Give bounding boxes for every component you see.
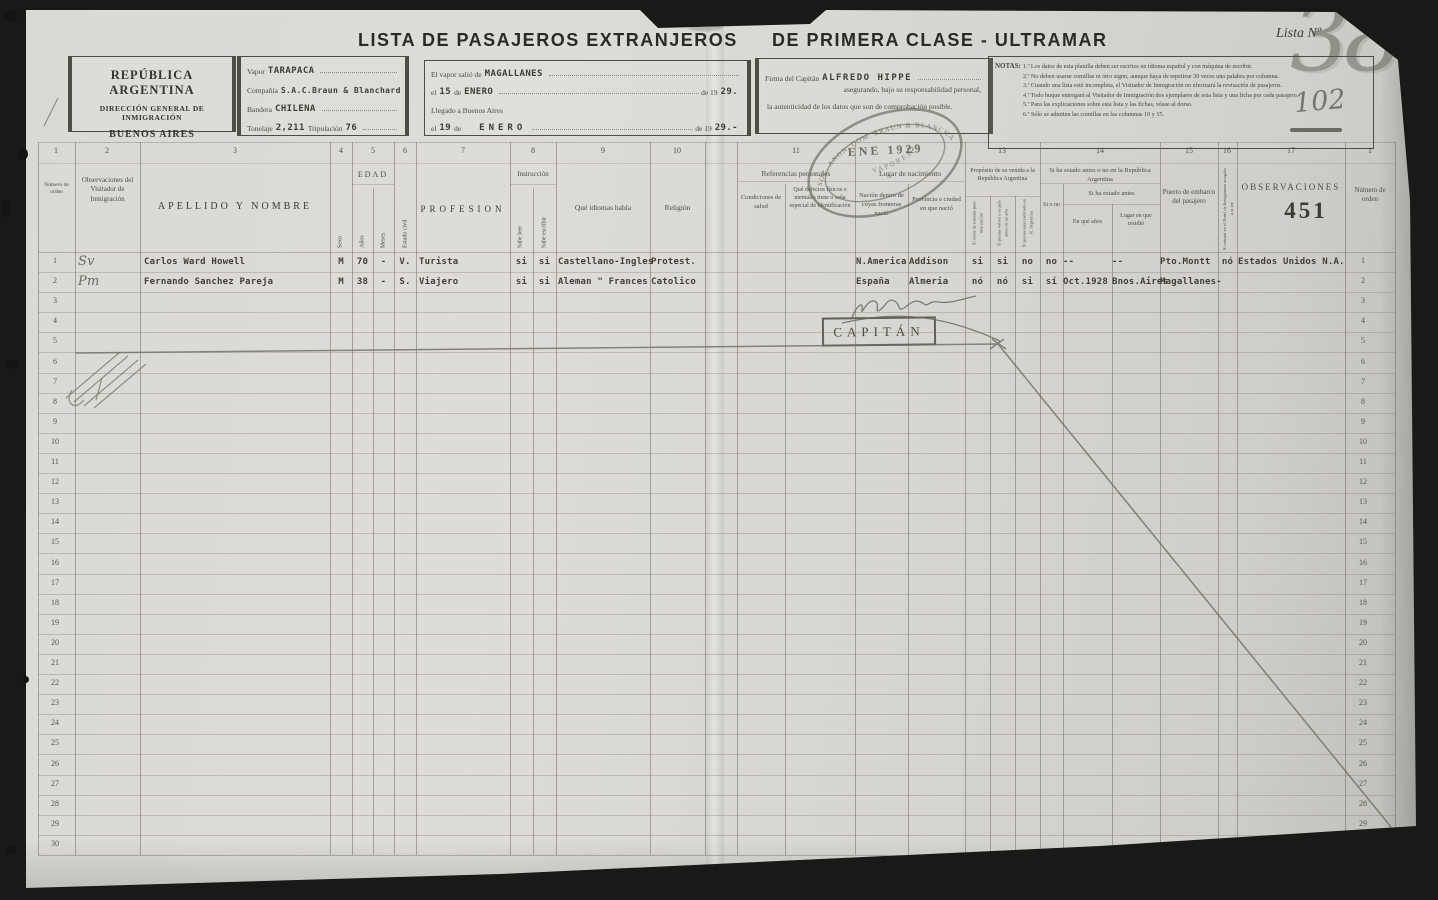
cell-observaciones: Estados Unidos N.A. xyxy=(1238,252,1348,272)
table-row: 1616 xyxy=(38,554,1395,575)
col-header-numero-orden-left: Número de orden xyxy=(40,182,73,197)
cell-puerto: Magallanes- xyxy=(1160,272,1218,292)
table-row: 2121 xyxy=(38,654,1395,675)
table-row: 88 xyxy=(38,393,1395,414)
column-number: 11 xyxy=(781,146,811,155)
row-number-right: 29 xyxy=(1350,819,1376,828)
cell-estuvo_lugar: -- xyxy=(1112,252,1160,272)
cell-estuvo_antes: no xyxy=(1040,252,1063,272)
row-number-left: 28 xyxy=(42,799,68,808)
serial-number-stamp: 451 xyxy=(1256,198,1356,224)
row-number-right: 22 xyxy=(1350,678,1376,687)
row-number-left: 24 xyxy=(42,718,68,727)
scan-speck xyxy=(6,360,18,369)
captain-oath-line2: asegurando, bajo su responsabilidad pers… xyxy=(759,85,989,94)
dotted-rule xyxy=(322,110,397,111)
table-row: 22PmFernando Sanchez ParejaM38-S.Viajero… xyxy=(38,272,1395,293)
row-number-right: 12 xyxy=(1350,477,1376,486)
table-row: 1818 xyxy=(38,594,1395,615)
table-row: 2727 xyxy=(38,775,1395,796)
col-header-hotel-inmigrantes: Si entrará en el Hotel de Inmigrantes ac… xyxy=(1220,168,1236,250)
col-header-radicarse: Si piensa estar radicado en R. Argentina xyxy=(1016,198,1039,248)
cell-idiomas: Aleman " Frances xyxy=(558,272,649,292)
cell-lee: si xyxy=(510,252,533,272)
cell-anios: 38 xyxy=(352,272,373,292)
col-header-defectos: Qué defectos físicos o mentales tiene o … xyxy=(787,186,853,210)
row-number-right: 6 xyxy=(1350,357,1376,366)
voyage-box: El vapor salió de MAGALLANES el 15 de EN… xyxy=(424,60,751,136)
row-number-right: 14 xyxy=(1350,517,1376,526)
grid-hline xyxy=(510,184,556,185)
row-number-right: 5 xyxy=(1350,336,1376,345)
row-number-left: 21 xyxy=(42,658,68,667)
cell-escribe: si xyxy=(533,252,556,272)
col-header-religion: Religión xyxy=(650,203,705,213)
row-number-right: 1 xyxy=(1350,256,1376,265)
row-number-left: 19 xyxy=(42,618,68,627)
scan-speck xyxy=(18,148,28,160)
cell-hotel: nó xyxy=(1218,252,1237,272)
column-number: 15 xyxy=(1174,146,1204,155)
row-number-left: 10 xyxy=(42,437,68,446)
cell-escribe: si xyxy=(533,272,556,292)
bandera-value: CHILENA xyxy=(275,104,316,114)
row-number-right: 19 xyxy=(1350,618,1376,627)
dotted-rule xyxy=(363,129,397,130)
col-header-idiomas: Qué idiomas habla xyxy=(556,203,650,213)
cell-radicarse: no xyxy=(1015,252,1040,272)
grid-hline xyxy=(855,181,965,182)
authority-city: BUENOS AIRES xyxy=(72,129,232,140)
col-header-profesion: PROFESION xyxy=(416,203,510,215)
cell-religion: Protest. xyxy=(651,252,704,272)
scan-speck xyxy=(22,676,29,683)
authority-office: DIRECCIÓN GENERAL DE INMIGRACIÓN xyxy=(72,104,232,122)
row-number-left: 4 xyxy=(42,316,68,325)
row-number-left: 29 xyxy=(42,819,68,828)
compania-label: Compañía xyxy=(247,86,278,95)
table-row: 77 xyxy=(38,373,1395,394)
column-number: 6 xyxy=(390,146,420,155)
captain-oath-line3: la autenticidad de los datos que son de … xyxy=(759,102,989,111)
grid-hline xyxy=(38,163,1395,164)
col-header-provincia: Provincia o ciudad en que nació xyxy=(909,196,964,214)
salio-port: MAGALLANES xyxy=(485,69,543,79)
row-number-left: 14 xyxy=(42,517,68,526)
compania-value: S.A.C.Braun & Blanchard xyxy=(281,86,401,95)
col-group-si-ha-estado: Si ha estado antes xyxy=(1063,190,1160,199)
row-number-left: 23 xyxy=(42,698,68,707)
cell-provincia: Addison xyxy=(909,252,964,272)
table-row: 1212 xyxy=(38,473,1395,494)
de-label: de xyxy=(454,88,461,97)
grid-vline xyxy=(1395,142,1396,855)
row-number-right: 21 xyxy=(1350,658,1376,667)
cell-estado: V. xyxy=(394,252,416,272)
column-number: 5 xyxy=(358,146,388,155)
llegada-label: Llegado a Buenos Aires xyxy=(431,106,503,115)
page-title-right: DE PRIMERA CLASE - ULTRAMAR xyxy=(772,30,1108,51)
cell-nacion: N.America xyxy=(856,252,908,272)
tripulacion-label: Tripulación xyxy=(308,124,343,133)
row-number-left: 13 xyxy=(42,497,68,506)
de19-label: de 19 xyxy=(701,88,717,97)
cell-estado: S. xyxy=(394,272,416,292)
table-row: 2828 xyxy=(38,795,1395,816)
tripulacion-value: 76 xyxy=(346,123,358,133)
departure-year: 29. xyxy=(721,87,738,97)
nota-item: 6.ª Sólo se admiten las comillas en las … xyxy=(1023,110,1298,120)
vapor-value: TARAPACA xyxy=(268,66,315,76)
column-number: 3 xyxy=(220,146,250,155)
nota-item: 2.ª No deben usarse comillas ni otro sig… xyxy=(1023,72,1298,82)
de19-label-2: de 19 xyxy=(695,124,711,133)
table-row: 1515 xyxy=(38,533,1395,554)
col-header-nacion: Nación dentro de cuyas fronteras nació xyxy=(856,192,907,218)
column-number: 16 xyxy=(1212,146,1242,155)
dotted-rule xyxy=(549,75,739,76)
el-label: el xyxy=(431,88,436,97)
row-number-right: 26 xyxy=(1350,759,1376,768)
cell-transito: si xyxy=(965,252,990,272)
captain-box: Firma del Capitán ALFREDO HIPPE aseguran… xyxy=(755,58,993,134)
col-header-observaciones: OBSERVACIONES xyxy=(1237,182,1345,192)
table-row: 44 xyxy=(38,312,1395,333)
table-row: 11SvCarlos Ward HowellM70-V.TuristasisiC… xyxy=(38,252,1395,273)
scan-speck xyxy=(4,10,18,22)
nota-item: 1.ª Los datos de esta planilla deben ser… xyxy=(1023,62,1298,72)
vapor-label: Vapor xyxy=(247,67,265,76)
col-group-edad: EDAD xyxy=(352,170,394,181)
table-row: 66 xyxy=(38,353,1395,374)
col-header-puerto-embarco: Puerto de embarco del pasajero xyxy=(1160,188,1218,207)
column-number: 8 xyxy=(518,146,548,155)
row-number-left: 2 xyxy=(42,276,68,285)
col-header-sabe-leer: Sabe leer xyxy=(513,192,529,248)
cell-meses: - xyxy=(373,272,394,292)
cell-meses: - xyxy=(373,252,394,272)
arrival-day: 19 xyxy=(439,123,451,133)
row-number-left: 9 xyxy=(42,417,68,426)
col-header-observaciones-visitador: Observaciones del Visitador de Inmigraci… xyxy=(75,176,140,204)
table-row: 1010 xyxy=(38,433,1395,454)
captain-name: ALFREDO HIPPE xyxy=(822,73,912,83)
cell-volver: si xyxy=(990,252,1015,272)
table-row: 2424 xyxy=(38,714,1395,735)
cell-transito: nó xyxy=(965,272,990,292)
row-number-right: 24 xyxy=(1350,718,1376,727)
document-sheet: LISTA DE PASAJEROS EXTRANJEROS DE PRIMER… xyxy=(0,0,1438,900)
salio-label: El vapor salió de xyxy=(431,70,482,79)
row-number-left: 6 xyxy=(42,357,68,366)
arrival-month: ENERO xyxy=(479,123,526,133)
ship-box: Vapor TARAPACA Compañía S.A.C.Braun & Bl… xyxy=(237,56,409,136)
row-number-left: 27 xyxy=(42,779,68,788)
table-row: 55 xyxy=(38,332,1395,353)
col-group-proposito: Propósito de su venida a la República Ar… xyxy=(965,167,1040,183)
cell-profesion: Viajero xyxy=(419,272,508,292)
notas-items: 1.ª Los datos de esta planilla deben ser… xyxy=(1023,62,1298,144)
grid-hline xyxy=(38,142,1395,143)
row-number-left: 8 xyxy=(42,397,68,406)
column-number: 12 xyxy=(895,146,925,155)
row-number-right: 16 xyxy=(1350,558,1376,567)
row-number-right: 4 xyxy=(1350,316,1376,325)
row-number-left: 7 xyxy=(42,377,68,386)
authority-country: REPÚBLICA ARGENTINA xyxy=(72,68,232,98)
row-number-right: 7 xyxy=(1350,377,1376,386)
row-number-right: 18 xyxy=(1350,598,1376,607)
table-row: 2222 xyxy=(38,674,1395,695)
table-row: 1919 xyxy=(38,614,1395,635)
scan-speck xyxy=(2,200,10,218)
bandera-label: Bandera xyxy=(247,105,272,114)
table-row: 2525 xyxy=(38,734,1395,755)
departure-day: 15 xyxy=(439,87,451,97)
column-number: 7 xyxy=(448,146,478,155)
de-label-2: de xyxy=(454,124,461,133)
col-group-instruccion: Instrucción xyxy=(510,170,556,179)
cell-puerto: Pto.Montt xyxy=(1160,252,1218,272)
column-number: 9 xyxy=(588,146,618,155)
cell-anios: 70 xyxy=(352,252,373,272)
cell-mark: Sv xyxy=(78,252,138,272)
column-number: 10 xyxy=(662,146,692,155)
row-number-right: 2 xyxy=(1350,276,1376,285)
notas-label: NOTAS: xyxy=(995,62,1023,144)
table-row: 3030 xyxy=(38,835,1395,856)
row-number-right: 3 xyxy=(1350,296,1376,305)
row-number-left: 11 xyxy=(42,457,68,466)
cell-profesion: Turista xyxy=(419,252,508,272)
cell-volver: nó xyxy=(990,272,1015,292)
col-header-si-o-no: Si o no xyxy=(1040,200,1063,211)
column-number: 1 xyxy=(1355,146,1385,155)
row-number-left: 12 xyxy=(42,477,68,486)
column-number: 2 xyxy=(92,146,122,155)
cell-religion: Catolico xyxy=(651,272,704,292)
col-header-volver-pais: Si piensa volver a su país antes de un a… xyxy=(991,198,1014,248)
grid-hline xyxy=(352,184,394,185)
col-group-estado-antes: Si ha estado antes o no en la República … xyxy=(1040,167,1160,185)
firma-label: Firma del Capitán xyxy=(765,74,819,83)
cell-apellido: Carlos Ward Howell xyxy=(144,252,328,272)
table-row: 2020 xyxy=(38,634,1395,655)
row-number-right: 30 xyxy=(1350,839,1376,848)
cell-nacion: España xyxy=(856,272,908,292)
nota-item: 3.ª Cuando una lista esté incompleta, el… xyxy=(1023,81,1298,91)
table-row: 1313 xyxy=(38,493,1395,514)
row-number-right: 9 xyxy=(1350,417,1376,426)
cell-lee: si xyxy=(510,272,533,292)
dotted-rule xyxy=(918,79,981,80)
row-number-left: 1 xyxy=(42,256,68,265)
row-number-right: 13 xyxy=(1350,497,1376,506)
cell-provincia: Almeria xyxy=(909,272,964,292)
cell-idiomas: Castellano-Ingles xyxy=(558,252,649,272)
dotted-rule xyxy=(499,93,699,94)
cell-sexo: M xyxy=(330,272,352,292)
table-row: 1111 xyxy=(38,453,1395,474)
table-row: 2323 xyxy=(38,694,1395,715)
cell-sexo: M xyxy=(330,252,352,272)
col-header-meses: Meses xyxy=(377,196,391,248)
cell-radicarse: si xyxy=(1015,272,1040,292)
row-number-right: 23 xyxy=(1350,698,1376,707)
col-header-sexo: Sexo xyxy=(333,196,349,248)
row-number-left: 18 xyxy=(42,598,68,607)
column-number: 4 xyxy=(326,146,356,155)
cell-apellido: Fernando Sanchez Pareja xyxy=(144,272,328,292)
table-row: 1717 xyxy=(38,574,1395,595)
col-group-lugar-nacimiento: Lugar de nacimiento xyxy=(855,169,965,179)
row-number-left: 26 xyxy=(42,759,68,768)
grid-hline xyxy=(965,196,1040,197)
table-row: 2929 xyxy=(38,815,1395,836)
table-row: 99 xyxy=(38,413,1395,434)
grid-hline xyxy=(1040,183,1160,184)
page-title-left: LISTA DE PASAJEROS EXTRANJEROS xyxy=(358,30,738,51)
row-number-right: 20 xyxy=(1350,638,1376,647)
departure-month: ENERO xyxy=(464,87,493,97)
authority-box: REPÚBLICA ARGENTINA DIRECCIÓN GENERAL DE… xyxy=(68,56,236,132)
column-number: 17 xyxy=(1276,146,1306,155)
grid-hline xyxy=(1063,204,1160,205)
scan-speck xyxy=(6,846,16,854)
row-number-right: 10 xyxy=(1350,437,1376,446)
row-number-left: 25 xyxy=(42,738,68,747)
row-number-right: 11 xyxy=(1350,457,1376,466)
row-number-right: 8 xyxy=(1350,397,1376,406)
col-header-apellido-nombre: APELLIDO Y NOMBRE xyxy=(140,200,330,214)
cell-estuvo_anios: -- xyxy=(1063,252,1112,272)
el-label-2: el xyxy=(431,124,436,133)
row-number-right: 25 xyxy=(1350,738,1376,747)
printer-imprint xyxy=(1290,128,1342,132)
notas-box: NOTAS: 1.ª Los datos de esta planilla de… xyxy=(988,56,1374,149)
cell-estuvo_antes: sí xyxy=(1040,272,1063,292)
nota-item: 4.ª Todo buque entregará al Visitador de… xyxy=(1023,91,1298,101)
col-header-lugar-residio: Lugar en que residió xyxy=(1112,212,1160,228)
cell-estuvo_lugar: Bnos.Aires xyxy=(1112,272,1160,292)
grid-hline xyxy=(737,181,855,182)
row-number-left: 3 xyxy=(42,296,68,305)
column-number: 14 xyxy=(1085,146,1115,155)
row-number-right: 27 xyxy=(1350,779,1376,788)
col-header-condiciones-salud: Condiciones de salud xyxy=(739,194,783,212)
dotted-rule xyxy=(320,72,397,73)
tonelaje-label: Tonelaje xyxy=(247,124,273,133)
cell-estuvo_anios: Oct.1928 xyxy=(1063,272,1112,292)
table-row: 2626 xyxy=(38,755,1395,776)
col-header-sabe-escribir: Sabe escribir xyxy=(537,188,553,248)
row-number-left: 15 xyxy=(42,537,68,546)
row-number-left: 17 xyxy=(42,578,68,587)
dotted-rule xyxy=(532,129,693,130)
row-number-left: 30 xyxy=(42,839,68,848)
column-number: 13 xyxy=(987,146,1017,155)
column-number: 1 xyxy=(41,146,71,155)
col-header-transito: Si viene de tránsito para otra nación xyxy=(966,198,989,248)
tonelaje-value: 2,211 xyxy=(276,123,305,133)
arrival-year: 29.- xyxy=(715,123,738,133)
col-header-en-que-anios: En qué años xyxy=(1063,218,1112,226)
row-number-right: 17 xyxy=(1350,578,1376,587)
table-row: 1414 xyxy=(38,513,1395,534)
row-number-left: 16 xyxy=(42,558,68,567)
nota-item: 5.ª Para las explicaciones sobre esta li… xyxy=(1023,100,1298,110)
col-group-referencias: Referencias personales xyxy=(737,169,855,179)
table-row: 33 xyxy=(38,292,1395,313)
col-header-estado-civil: Estado civil xyxy=(398,188,414,248)
cell-mark: Pm xyxy=(78,272,138,292)
row-number-left: 5 xyxy=(42,336,68,345)
row-number-right: 28 xyxy=(1350,799,1376,808)
row-number-right: 15 xyxy=(1350,537,1376,546)
scan-backdrop: LISTA DE PASAJEROS EXTRANJEROS DE PRIMER… xyxy=(0,0,1438,900)
row-number-left: 20 xyxy=(42,638,68,647)
col-header-anios: Años xyxy=(356,196,370,248)
row-number-left: 22 xyxy=(42,678,68,687)
